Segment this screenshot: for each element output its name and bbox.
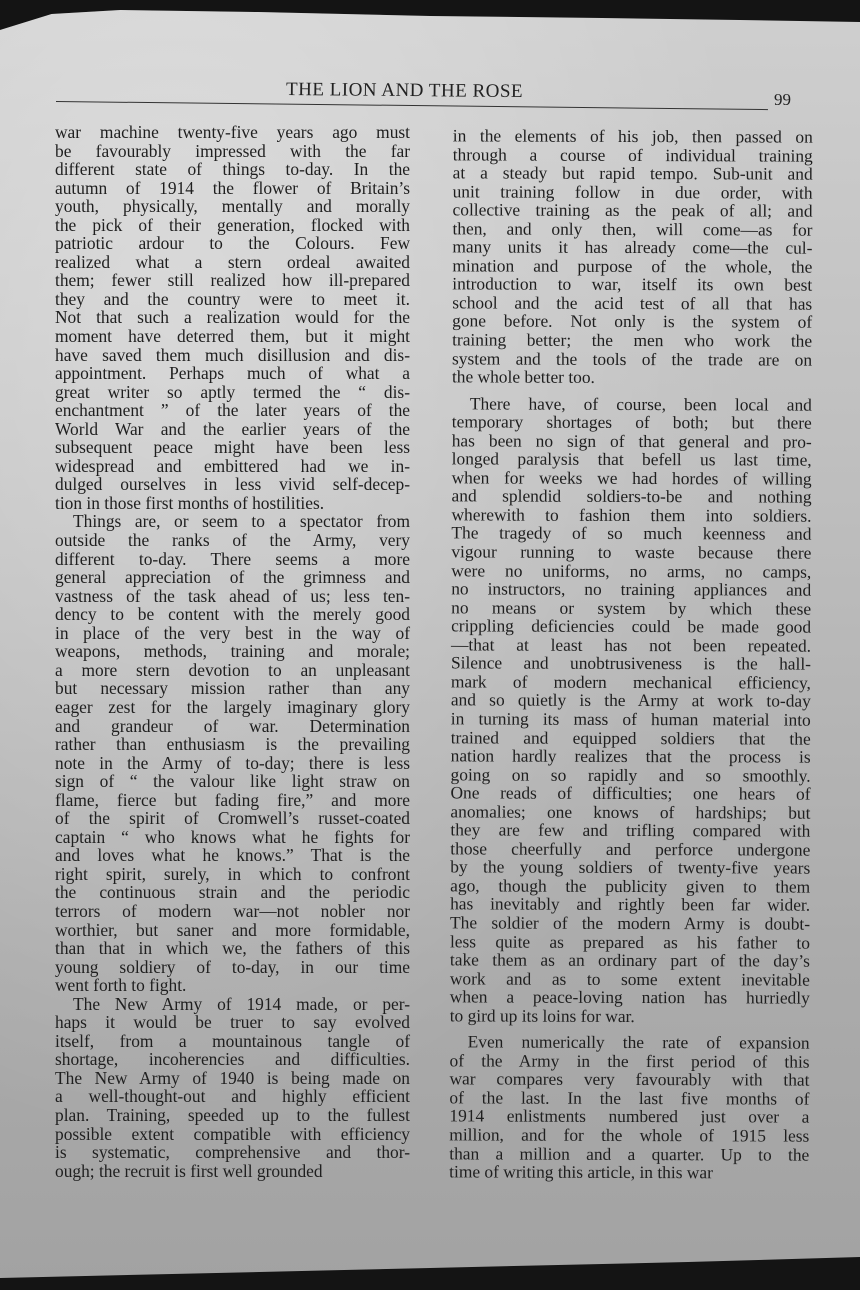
text-line: dency to be content with the merely good <box>55 605 410 624</box>
text-line: be favourably impressed with the far <box>55 142 410 161</box>
text-line: went forth to fight. <box>55 976 410 995</box>
text-line: a well-thought-out and highly efficient <box>55 1087 410 1106</box>
text-line: appointment. Perhaps much of what a <box>55 364 410 383</box>
paragraph: in the elements of his job, then passed … <box>452 126 813 387</box>
paragraph: The New Army of 1914 made, or per-haps i… <box>55 995 410 1180</box>
text-line: moment have deterred them, but it might <box>55 327 410 346</box>
text-line: them; fewer still realized how ill-prepa… <box>55 271 410 290</box>
page-number: 99 <box>774 90 791 110</box>
text-line: sign of “ the valour like light straw on <box>55 772 410 791</box>
text-line: right spirit, surely, in which to confro… <box>55 865 410 884</box>
text-line: the continuous strain and the periodic <box>55 883 410 902</box>
paragraph: war machine twenty-five years ago mustbe… <box>55 123 410 512</box>
text-line: they and the country were to meet it. <box>55 290 410 309</box>
right-column: in the elements of his job, then passed … <box>449 126 813 1182</box>
text-line: in turning its mass of human material in… <box>451 709 811 729</box>
text-line: patriotic ardour to the Colours. Few <box>55 234 410 253</box>
text-line: crippling deficiencies could be made goo… <box>451 617 811 637</box>
text-line: plan. Training, speeded up to the fulles… <box>55 1106 410 1125</box>
text-line: The soldier of the modern Army is doubt- <box>450 913 810 933</box>
text-line: subsequent peace might have been less <box>55 438 410 457</box>
text-line: Silence and unobtrusiveness is the hall- <box>451 654 811 674</box>
text-line: vastness of the task ahead of us; less t… <box>55 587 410 606</box>
text-line: enchantment ” of the later years of the <box>55 401 410 420</box>
text-line: time of writing this article, in this wa… <box>449 1162 809 1182</box>
text-line: Things are, or seem to a spectator from <box>55 512 410 531</box>
text-line: terrors of modern war—not nobler nor <box>55 902 410 921</box>
text-line: eager zest for the largely imaginary glo… <box>55 698 410 717</box>
text-line: at a steady but rapid tempo. Sub-unit an… <box>453 163 813 183</box>
text-line: when a peace-loving nation has hurriedly <box>450 988 810 1008</box>
text-line: captain “ who knows what he fights for <box>55 828 410 847</box>
text-line: haps it would be truer to say evolved <box>55 1013 410 1032</box>
text-line: itself, from a mountainous tangle of <box>55 1032 410 1051</box>
text-line: The New Army of 1940 is being made on <box>55 1069 410 1088</box>
text-line: in the elements of his job, then passed … <box>453 126 813 146</box>
text-line: have saved them much disillusion and dis… <box>55 346 410 365</box>
text-line: million, and for the whole of 1915 less <box>449 1125 809 1145</box>
text-line: than that in which we, the fathers of th… <box>55 939 410 958</box>
text-line: war compares very favourably with that <box>449 1070 809 1090</box>
text-line: youth, physically, mentally and morally <box>55 197 410 216</box>
text-line: young soldiery of to-day, in our time <box>55 958 410 977</box>
text-line: flame, fierce but fading fire,” and more <box>55 791 410 810</box>
text-line: by the young soldiers of twenty-five yea… <box>450 858 810 878</box>
text-line: tion in those first months of hostilitie… <box>55 494 410 513</box>
text-line: Even numerically the rate of expansion <box>450 1033 810 1053</box>
text-line: war machine twenty-five years ago must <box>55 123 410 142</box>
text-line: is systematic, comprehensive and thor- <box>55 1143 410 1162</box>
book-page: THE LION AND THE ROSE 99 war machine twe… <box>0 0 860 1290</box>
text-line: to gird up its loins for war. <box>450 1006 810 1026</box>
text-line: autumn of 1914 the flower of Britain’s <box>55 179 410 198</box>
text-line: outside the ranks of the Army, very <box>55 531 410 550</box>
text-line: weapons, methods, training and morale; <box>55 642 410 661</box>
text-line: rather than enthusiasm is the prevailing <box>55 735 410 754</box>
text-line: The New Army of 1914 made, or per- <box>55 995 410 1014</box>
paragraph: Things are, or seem to a spectator fromo… <box>55 512 410 994</box>
text-line: and loves what he knows.” That is the <box>55 846 410 865</box>
text-line: One reads of difficulties; one hears of <box>450 784 810 804</box>
text-line: of the spirit of Cromwell’s russet-coate… <box>55 809 410 828</box>
text-line: temporary shortages of both; but there <box>452 413 812 433</box>
text-line: worthier, but saner and more formidable, <box>55 921 410 940</box>
text-line: but necessary mission rather than any <box>55 679 410 698</box>
text-line: vigour running to waste because there <box>451 542 811 562</box>
running-head-title: THE LION AND THE ROSE <box>286 79 523 103</box>
text-line: take them as an ordinary part of the day… <box>450 950 810 970</box>
text-line: great writer so aptly termed the “ dis- <box>55 383 410 402</box>
left-column: war machine twenty-five years ago mustbe… <box>55 123 410 1180</box>
paragraph: There have, of course, been local andtem… <box>450 394 812 1026</box>
text-line: note in the Army of to-day; there is les… <box>55 754 410 773</box>
text-line: the pick of their generation, flocked wi… <box>55 216 410 235</box>
text-line: Not that such a realization would for th… <box>55 308 410 327</box>
text-line: different state of things to-day. In the <box>55 160 410 179</box>
text-line: no instructors, no training appliances a… <box>451 579 811 599</box>
text-line: ough; the recruit is first well grounded <box>55 1162 410 1181</box>
text-line: the whole better too. <box>452 367 812 387</box>
text-line: realized what a stern ordeal awaited <box>55 253 410 272</box>
text-line: in place of the very best in the way of <box>55 624 410 643</box>
text-line: many units it has already come—the cul- <box>452 238 812 258</box>
text-line: possible extent compatible with efficien… <box>55 1125 410 1144</box>
text-line: a more stern devotion to an unpleasant <box>55 661 410 680</box>
text-line: longed paralysis that befell us last tim… <box>452 450 812 470</box>
paragraph: Even numerically the rate of expansionof… <box>449 1033 810 1183</box>
running-head: THE LION AND THE ROSE 99 <box>56 78 766 108</box>
text-line: they are few and trifling compared with <box>450 821 810 841</box>
text-line: and grandeur of war. Determination <box>55 717 410 736</box>
text-line: widespread and embittered had we in- <box>55 457 410 476</box>
text-line: collective training as the peak of all; … <box>453 201 813 221</box>
text-line: training better; the men who work the <box>452 330 812 350</box>
text-line: shortage, incoherencies and difficulties… <box>55 1050 410 1069</box>
text-line: World War and the earlier years of the <box>55 420 410 439</box>
text-line: different to-day. There seems a more <box>55 550 410 569</box>
text-line: nation hardly realizes that the process … <box>451 746 811 766</box>
text-line: general appreciation of the grimness and <box>55 568 410 587</box>
text-line: dulged ourselves in less vivid self-dece… <box>55 475 410 494</box>
